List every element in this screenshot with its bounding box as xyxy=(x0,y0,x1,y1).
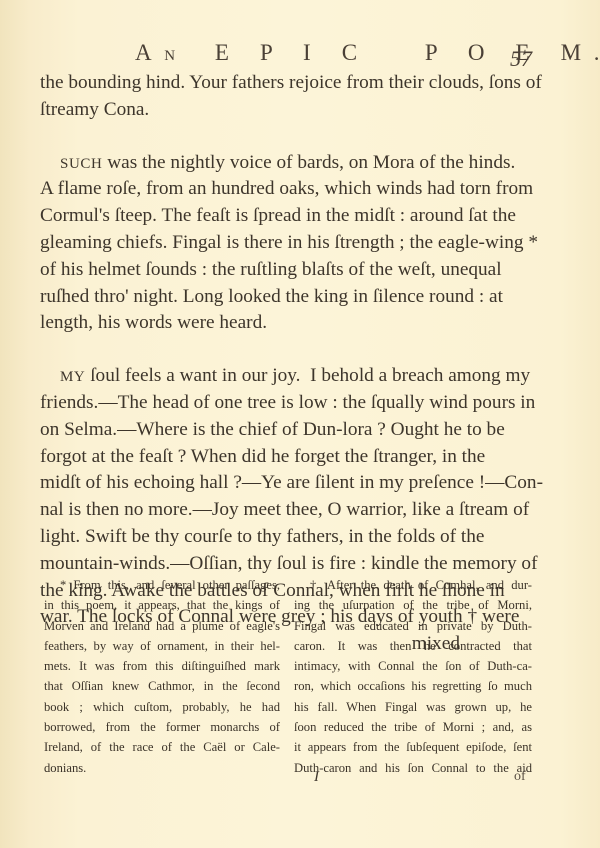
text-line: of his helmet ſounds : the ruſtling blaſ… xyxy=(40,257,460,284)
footnote-line: Morven and Ireland had a plume of eagle'… xyxy=(44,616,280,636)
main-text: the bounding hind. Your fathers rejoice … xyxy=(40,70,460,658)
footnote-line: Fingal was educated in private by Duth- xyxy=(294,616,532,636)
running-head-initial: A xyxy=(135,40,164,65)
footnote-line: caron. It was then he contracted that xyxy=(294,636,532,656)
text-line: on Selma.—Where is the chief of Dun-lora… xyxy=(40,417,460,444)
footnote-line: * From this, and ſeveral other paſſages, xyxy=(44,575,280,595)
footnote-line: ron, which occaſions his regretting ſo m… xyxy=(294,676,532,696)
signature-mark: I xyxy=(314,769,319,786)
text-line: Cormul's ſteep. The feaſt is ſpread in t… xyxy=(40,203,460,230)
paragraph-opening: Such was the nightly voice of bards, on … xyxy=(40,150,460,177)
small-caps-lead: Such xyxy=(60,156,102,172)
page-header: AN E P I C P O E M. 57 xyxy=(0,40,600,70)
footnote-line: intimacy, with Connal the ſon of Duth-ca… xyxy=(294,656,532,676)
footnote-left-column: * From this, and ſeveral other paſſages,… xyxy=(44,575,280,778)
text-line: gleaming chiefs. Fingal is there in his … xyxy=(40,230,460,257)
text-line: mountain-winds.—Oſſian, thy ſoul is fire… xyxy=(40,551,460,578)
footnote-line: book ; which cuſtom, probably, he had xyxy=(44,697,280,717)
footnote-line: ſoon reduced the tribe of Morni ; and, a… xyxy=(294,717,532,737)
footnote-line: it appears from the ſubſequent epiſode, … xyxy=(294,737,532,757)
footnote-line: that Oſſian knew Cathmor, in the ſecond xyxy=(44,676,280,696)
footnote-line: Ireland, of the race of the Caël or Cale… xyxy=(44,737,280,757)
paragraph-opening: My ſoul feels a want in our joy. I behol… xyxy=(40,363,460,390)
footnote-line: borrowed, from the former monarchs of xyxy=(44,717,280,737)
text-line: A flame roſe, from an hundred oaks, whic… xyxy=(40,176,460,203)
footnote-line: in this poem, it appears, that the kings… xyxy=(44,595,280,615)
text-line: ruſhed thro' night. Long looked the king… xyxy=(40,284,460,311)
text-line: light. Swift be thy courſe to thy father… xyxy=(40,524,460,551)
text-line: forgot at the feaſt ? When did he forget… xyxy=(40,444,460,471)
page-number: 57 xyxy=(510,46,532,72)
text-line: nal is then no more.—Joy meet thee, O wa… xyxy=(40,497,460,524)
text-line: ſtreamy Cona. xyxy=(40,97,460,124)
text-line: friends.—The head of one tree is low : t… xyxy=(40,390,460,417)
footnote-line: his fall. When Fingal was grown up, he xyxy=(294,697,532,717)
running-head-small: N xyxy=(164,48,178,64)
footnote-line: mets. It was from this diſtinguiſhed mar… xyxy=(44,656,280,676)
text-line: the bounding hind. Your fathers rejoice … xyxy=(40,70,460,97)
footnote-line: Duth-caron and his ſon Connal to the aid xyxy=(294,758,532,778)
text-line: midſt of his echoing hall ?—Ye are ſilen… xyxy=(40,470,460,497)
book-page: AN E P I C P O E M. 57 the bounding hind… xyxy=(0,0,600,848)
footnote-line: donians. xyxy=(44,758,280,778)
footnote-line: † After the death of Comhal, and dur- xyxy=(294,575,532,595)
text-line: length, his words were heard. xyxy=(40,310,460,337)
footnote-line: feathers, by way of ornament, in their h… xyxy=(44,636,280,656)
footnote-line: ing the uſurpation of the tribe of Morni… xyxy=(294,595,532,615)
footnote-right-column: † After the death of Comhal, and dur- in… xyxy=(294,575,532,778)
catchword-footnote: of xyxy=(514,769,526,785)
small-caps-lead: My xyxy=(60,369,85,385)
running-head-title: E P I C P O E M. xyxy=(215,40,600,65)
